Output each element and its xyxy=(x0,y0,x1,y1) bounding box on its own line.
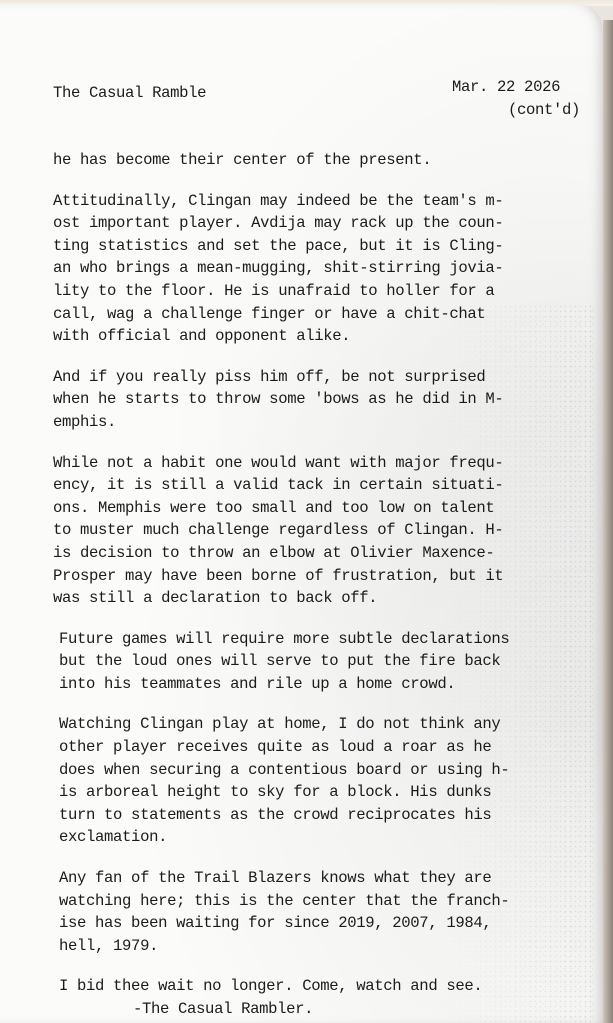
paragraph-5: Future games will require more subtle de… xyxy=(53,628,593,696)
column-date: Mar. 22 2026 xyxy=(452,78,560,96)
closing-line: I bid thee wait no longer. Come, watch a… xyxy=(53,975,593,998)
paragraph-3: And if you really piss him off, be not s… xyxy=(53,366,593,434)
article-body: he has become their center of the presen… xyxy=(53,149,593,1021)
column-title: The Casual Ramble xyxy=(53,84,206,102)
continued-marker: (cont'd) xyxy=(508,101,580,119)
paragraph-7: Any fan of the Trail Blazers knows what … xyxy=(53,867,593,957)
paragraph-4: While not a habit one would want with ma… xyxy=(53,452,593,610)
paper-right-edge-shadow xyxy=(603,20,613,1023)
typewritten-page: The Casual Ramble Mar. 22 2026 (cont'd) … xyxy=(0,4,603,1023)
paragraph-1: he has become their center of the presen… xyxy=(53,149,593,172)
paragraph-6: Watching Clingan play at home, I do not … xyxy=(53,713,593,849)
signature: -The Casual Rambler. xyxy=(53,998,593,1021)
paragraph-2: Attitudinally, Clingan may indeed be the… xyxy=(53,190,593,348)
